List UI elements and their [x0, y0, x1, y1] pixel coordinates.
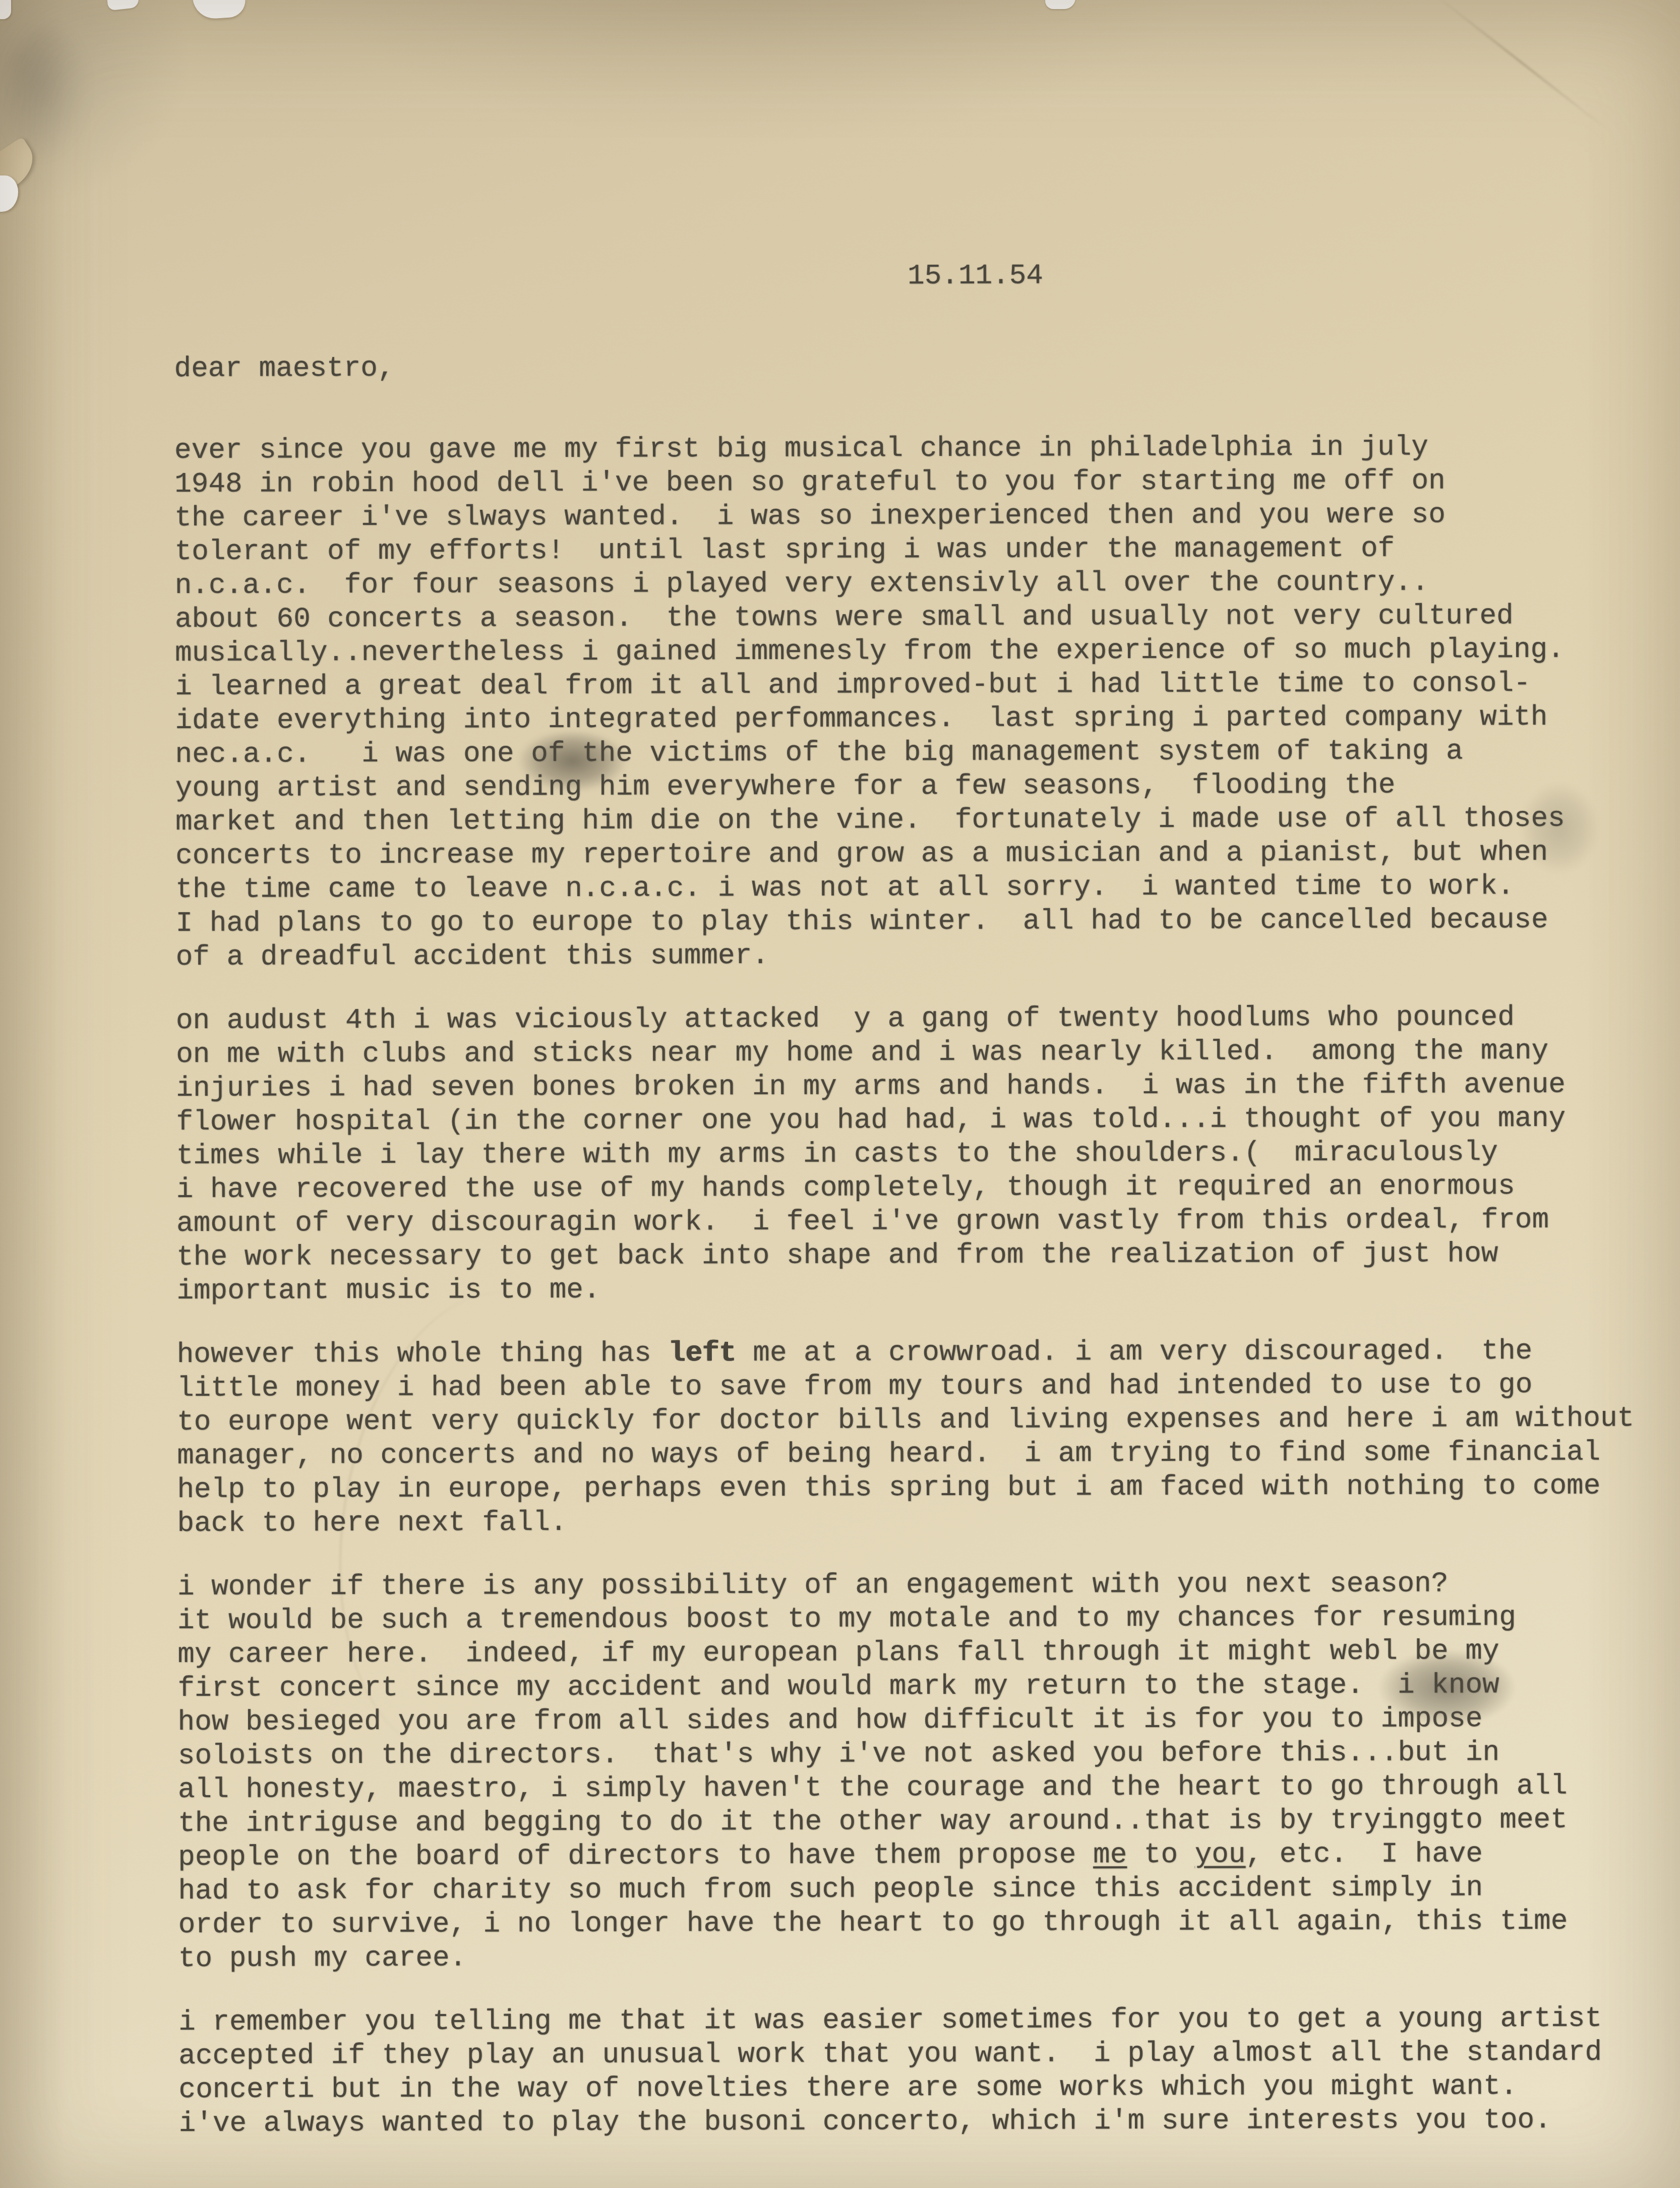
letter-line: important music is to me. — [176, 1270, 1664, 1308]
letter-line: i have recovered the use of my hands com… — [176, 1169, 1664, 1207]
letter-line: all honesty, maestro, i simply haven't t… — [178, 1769, 1665, 1807]
paper-crease — [1434, 0, 1606, 129]
paper-tear — [192, 0, 247, 20]
paper-tear — [106, 0, 139, 11]
letter-line: tolerant of my efforts! until last sprin… — [174, 531, 1662, 569]
letter-line: however this whole thing has left me at … — [177, 1334, 1664, 1372]
letter-line: order to survive, i no longer have the h… — [178, 1904, 1666, 1942]
letter-line: i learned a great deal from it all and i… — [175, 666, 1662, 704]
letter-line: flower hospital (in the corner one you h… — [176, 1101, 1663, 1139]
letter-line: idate everything into integrated perfomm… — [175, 700, 1662, 738]
letter-line: the intriguse and begging to do it the o… — [178, 1803, 1665, 1841]
letter-line: concerti but in the way of novelties the… — [178, 2069, 1666, 2107]
letter-body: 15.11.54 dear maestro, ever since you ga… — [174, 257, 1666, 2141]
letter-line: the time came to leave n.c.a.c. i was no… — [175, 869, 1663, 907]
letter-line: it would be such a tremendous boost to m… — [177, 1600, 1665, 1638]
letter-line: times while i lay there with my arms in … — [176, 1135, 1664, 1173]
letter-line: my career here. indeed, if my european p… — [177, 1634, 1665, 1672]
letter-salutation: dear maestro, — [174, 348, 1661, 386]
letter-line: little money i had been able to save fro… — [177, 1368, 1664, 1405]
letter-line: the career i've slways wanted. i was so … — [174, 497, 1662, 535]
letter-line: to push my caree. — [178, 1938, 1666, 1976]
letter-line: accepted if they play an unusual work th… — [178, 2035, 1666, 2073]
letter-line: help to play in europe, perhaps even thi… — [177, 1469, 1664, 1507]
letter-line: the work necessary to get back into shap… — [176, 1236, 1664, 1274]
letter-paragraph: i remember you telling me that it was ea… — [178, 2001, 1666, 2141]
letter-line: manager, no concerts and no ways of bein… — [177, 1435, 1664, 1473]
paper-tear — [1045, 0, 1075, 9]
letter-line: i wonder if there is any possibility of … — [177, 1566, 1665, 1604]
letter-line: n.c.a.c. for four seasons i played very … — [175, 565, 1662, 603]
letter-date: 15.11.54 — [174, 257, 1661, 295]
letter-line: first concert since my accident and woul… — [177, 1668, 1665, 1705]
letter-paragraph: however this whole thing has left me at … — [177, 1334, 1665, 1541]
letter-line: i've always wanted to play the busoni co… — [179, 2103, 1666, 2141]
letter-line: injuries i had seven bones broken in my … — [176, 1068, 1663, 1105]
letter-line: on audust 4th i was viciously attacked y… — [176, 1000, 1663, 1038]
letter-paragraph: i wonder if there is any possibility of … — [177, 1566, 1666, 1976]
letter-line: back to here next fall. — [177, 1503, 1664, 1541]
letter-page: 15.11.54 dear maestro, ever since you ga… — [0, 0, 1680, 2188]
letter-paragraph: on audust 4th i was viciously attacked y… — [176, 1000, 1664, 1308]
letter-line: market and then letting him die on the v… — [175, 801, 1663, 839]
letter-line: nec.a.c. i was one of the victims of the… — [175, 734, 1662, 772]
letter-line: of a dreadful accident this summer. — [176, 936, 1663, 974]
letter-line: concerts to increase my repertoire and g… — [175, 835, 1663, 873]
paper-tear — [0, 0, 11, 19]
letter-line: people on the board of directors to have… — [178, 1837, 1665, 1874]
letter-line: amount of very discouragin work. i feel … — [176, 1203, 1664, 1240]
letter-line: had to ask for charity so much from such… — [178, 1870, 1665, 1908]
letter-line: ever since you gave me my first big musi… — [174, 430, 1662, 467]
underlined-word: you — [1195, 1838, 1246, 1870]
letter-line: on me with clubs and sticks near my home… — [176, 1034, 1663, 1072]
letter-line: soloists on the directors. that's why i'… — [178, 1735, 1665, 1773]
overstruck-word: left — [668, 1337, 736, 1369]
letter-line: to europe went very quickly for doctor b… — [177, 1401, 1664, 1439]
underlined-word: me — [1093, 1839, 1127, 1871]
letter-line: i remember you telling me that it was ea… — [178, 2001, 1666, 2039]
letter-paragraphs: ever since you gave me my first big musi… — [174, 430, 1666, 2141]
letter-paragraph: ever since you gave me my first big musi… — [174, 430, 1663, 974]
letter-line: 1948 in robin hood dell i've been so gra… — [174, 463, 1662, 501]
letter-line: musically..nevertheless i gained immenes… — [175, 632, 1662, 670]
letter-line: I had plans to go to europe to play this… — [175, 903, 1663, 940]
letter-line: young artist and sending him everywhere … — [175, 767, 1663, 805]
letter-line: how besieged you are from all sides and … — [177, 1701, 1665, 1739]
letter-line: about 60 concerts a season. the towns we… — [175, 599, 1662, 636]
